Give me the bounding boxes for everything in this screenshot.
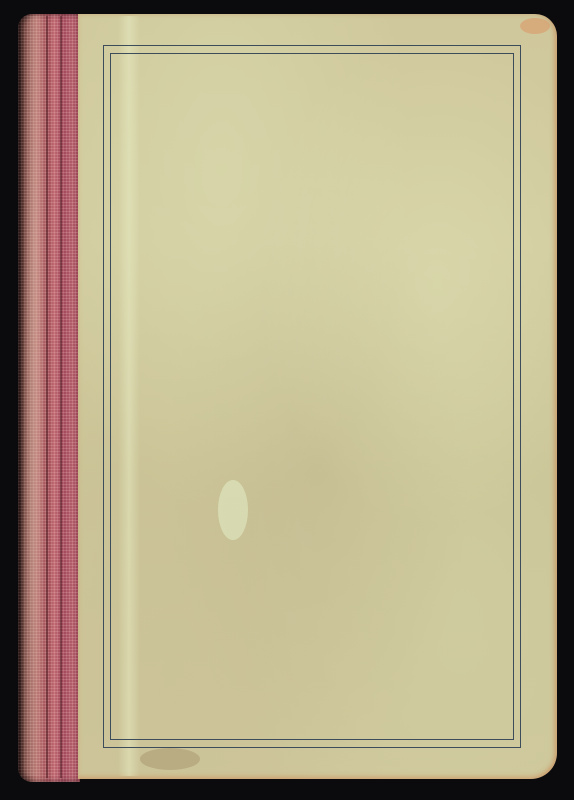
spine-wear [22, 16, 48, 776]
water-stain [140, 748, 200, 770]
inner-border-line [110, 53, 514, 740]
spine-ridge [60, 16, 62, 778]
corner-wear [520, 18, 550, 34]
spine-ridge [46, 16, 48, 778]
book [0, 0, 574, 800]
